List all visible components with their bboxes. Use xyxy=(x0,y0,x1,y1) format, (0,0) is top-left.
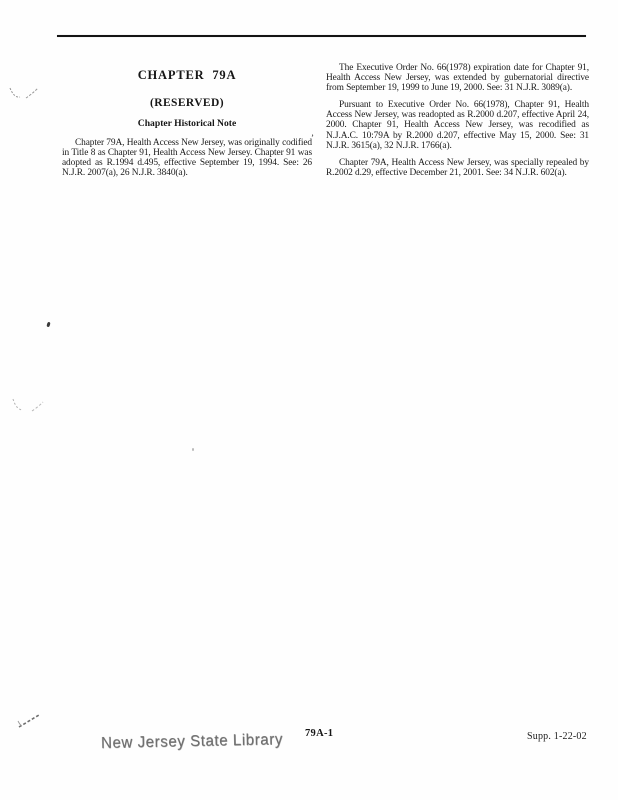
historical-note-heading: Chapter Historical Note xyxy=(62,118,312,129)
right-paragraph-1: The Executive Order No. 66(1978) expirat… xyxy=(326,60,589,93)
chapter-title: CHAPTER 79A xyxy=(62,68,312,83)
page-number: 79A-1 xyxy=(305,728,333,739)
scan-artifact-squiggle-mid-left xyxy=(12,397,46,417)
scan-artifact-squiggle-top-left xyxy=(9,85,41,105)
left-column: CHAPTER 79A (RESERVED) Chapter Historica… xyxy=(62,62,312,178)
reserved-label: (RESERVED) xyxy=(62,97,312,109)
document-page: CHAPTER 79A (RESERVED) Chapter Historica… xyxy=(0,0,618,800)
right-paragraph-2: Pursuant to Executive Order No. 66(1978)… xyxy=(326,97,589,150)
supplement-date: Supp. 1-22-02 xyxy=(527,731,587,742)
scan-artifact-speck-center xyxy=(192,448,194,451)
library-stamp: New Jersey State Library xyxy=(101,731,283,753)
scan-artifact-squiggle-bottom-left xyxy=(17,712,43,730)
right-column: The Executive Order No. 66(1978) expirat… xyxy=(326,60,589,178)
historical-note-text: Chapter 79A, Health Access New Jersey, w… xyxy=(62,138,312,178)
right-paragraph-3: Chapter 79A, Health Access New Jersey, w… xyxy=(326,155,589,178)
scan-artifact-speck-left xyxy=(46,322,50,328)
top-rule xyxy=(57,35,586,37)
